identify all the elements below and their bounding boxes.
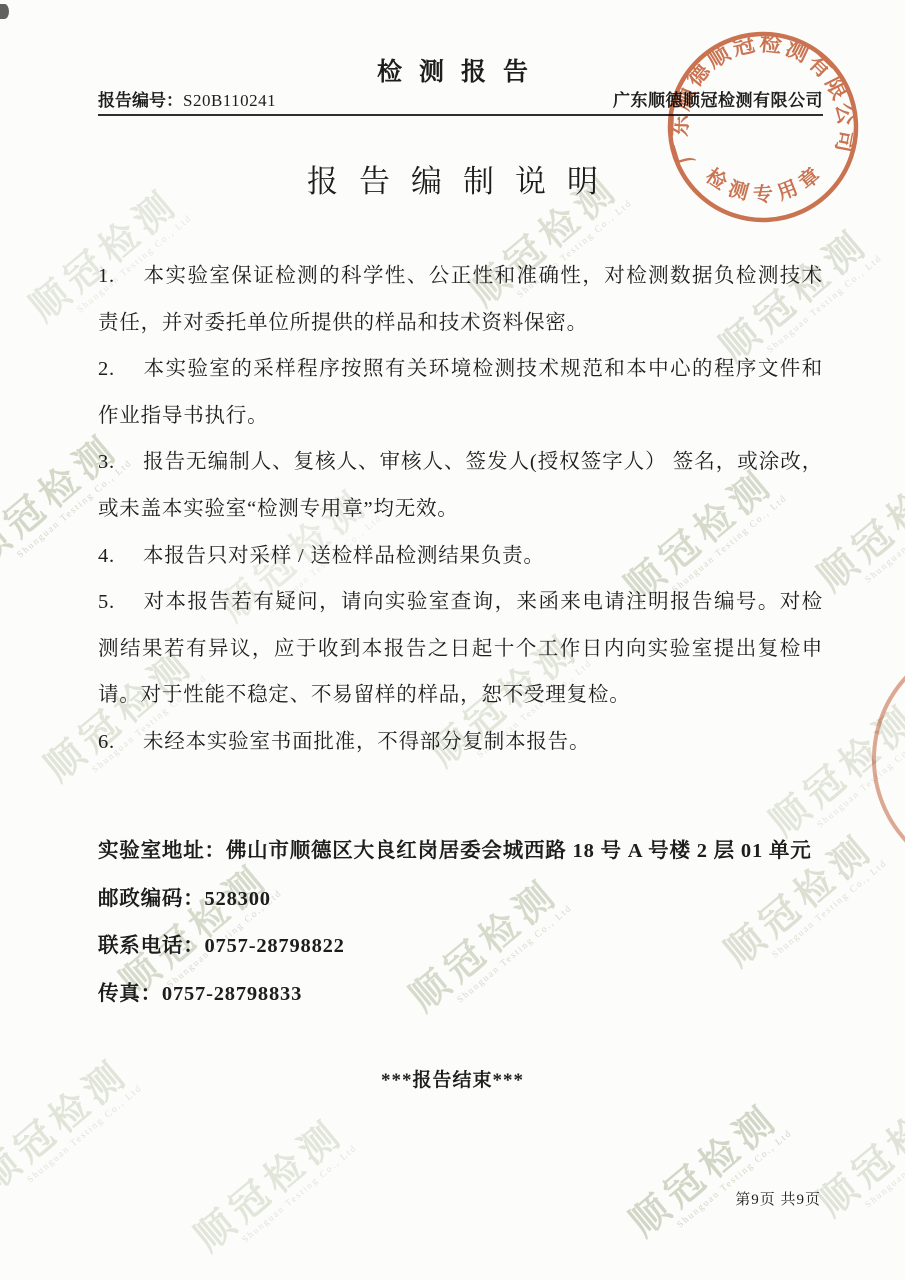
company-seal-stamp-icon: 广东顺德顺冠检测有限公司 检测专用章 xyxy=(658,22,868,232)
contact-block: 实验室地址：佛山市顺德区大良红岗居委会城西路 18 号 A 号楼 2 层 01 … xyxy=(98,828,823,1018)
svg-text:广东顺德顺冠检测有限公司: 广东顺德顺冠检测有限公司 xyxy=(661,25,861,167)
notes-list: 1.本实验室保证检测的科学性、公正性和准确性，对检测数据负检测技术责任，并对委托… xyxy=(98,253,823,766)
report-number-value: S20B110241 xyxy=(183,91,276,110)
svg-text:检测专用章: 检测专用章 xyxy=(701,157,832,209)
list-item-5: 5.对本报告若有疑问，请向实验室查询，来函来电请注明报告编号。对检测结果若有异议… xyxy=(98,579,823,719)
report-number: 报告编号：S20B110241 xyxy=(98,86,276,111)
partial-seal-arc xyxy=(872,637,905,881)
report-page: 顺冠检测Shunguan Testing Co., Ltd顺冠检测Shungua… xyxy=(0,0,905,1280)
report-end-marker: ***报告结束*** xyxy=(0,1065,905,1092)
fax-number: 传真：0757-28798833 xyxy=(98,971,823,1019)
watermark: 顺冠检测Shunguan Testing Co., Ltd xyxy=(180,1103,359,1267)
phone-number: 联系电话：0757-28798822 xyxy=(98,923,823,971)
seal-inner-text: 检测专用章 xyxy=(701,157,832,209)
report-number-label: 报告编号： xyxy=(98,91,183,110)
watermark: 顺冠检测Shunguan Testing Co., Ltd xyxy=(615,1088,794,1252)
postal-code: 邮政编码：528300 xyxy=(98,876,823,924)
list-item-6: 6.未经本实验室书面批准，不得部分复制本报告。 xyxy=(98,719,823,766)
seal-ring-text: 广东顺德顺冠检测有限公司 xyxy=(661,25,861,167)
scan-speck xyxy=(0,4,9,19)
list-item-4: 4.本报告只对采样 / 送检样品检测结果负责。 xyxy=(98,533,823,580)
list-item-1: 1.本实验室保证检测的科学性、公正性和准确性，对检测数据负检测技术责任，并对委托… xyxy=(98,253,823,346)
lab-address: 实验室地址：佛山市顺德区大良红岗居委会城西路 18 号 A 号楼 2 层 01 … xyxy=(98,828,823,876)
list-item-2: 2.本实验室的采样程序按照有关环境检测技术规范和本中心的程序文件和作业指导书执行… xyxy=(98,346,823,439)
list-item-3: 3.报告无编制人、复核人、审核人、签发人(授权签字人） 签名，或涂改，或未盖本实… xyxy=(98,439,823,532)
page-number: 第9页 共9页 xyxy=(735,1188,821,1209)
